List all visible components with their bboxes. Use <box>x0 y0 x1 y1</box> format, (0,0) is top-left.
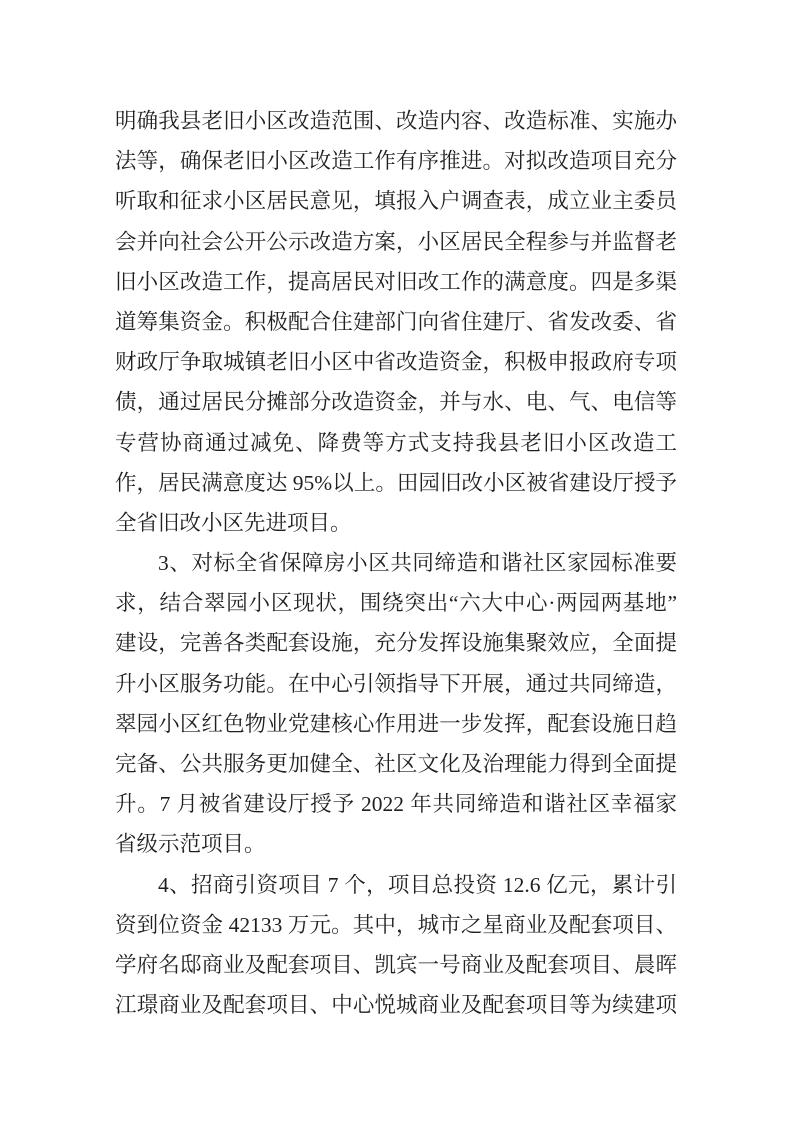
text-line: 建设，完善各类配套设施，充分发挥设施集聚效应，全面提 <box>115 623 677 663</box>
text-line: 明确我县老旧小区改造范围、改造内容、改造标准、实施办 <box>115 101 677 141</box>
text-line: 资到位资金 42133 万元。其中，城市之星商业及配套项目、 <box>115 905 677 945</box>
text-line: 旧小区改造工作，提高居民对旧改工作的满意度。四是多渠 <box>115 262 677 302</box>
paragraph: 3、对标全省保障房小区共同缔造和谐社区家园标准要求，结合翠园小区现状，围绕突出“… <box>115 543 677 865</box>
text-line: 全省旧改小区先进项目。 <box>115 503 677 543</box>
text-line: 3、对标全省保障房小区共同缔造和谐社区家园标准要 <box>115 543 677 583</box>
text-line: 江璟商业及配套项目、中心悦城商业及配套项目等为续建项 <box>115 985 677 1025</box>
text-line: 翠园小区红色物业党建核心作用进一步发挥，配套设施日趋 <box>115 704 677 744</box>
text-line: 完备、公共服务更加健全、社区文化及治理能力得到全面提 <box>115 744 677 784</box>
text-line: 法等，确保老旧小区改造工作有序推进。对拟改造项目充分 <box>115 141 677 181</box>
text-line: 债，通过居民分摊部分改造资金，并与水、电、气、电信等 <box>115 382 677 422</box>
text-line: 升。7 月被省建设厅授予 2022 年共同缔造和谐社区幸福家园 <box>115 784 677 824</box>
text-line: 专营协商通过减免、降费等方式支持我县老旧小区改造工 <box>115 423 677 463</box>
text-line: 求，结合翠园小区现状，围绕突出“六大中心·两园两基地” <box>115 583 677 623</box>
text-line: 升小区服务功能。在中心引领指导下开展，通过共同缔造， <box>115 664 677 704</box>
text-line: 省级示范项目。 <box>115 824 677 864</box>
text-line: 学府名邸商业及配套项目、凯宾一号商业及配套项目、晨晖 <box>115 945 677 985</box>
text-line: 道筹集资金。积极配合住建部门向省住建厅、省发改委、省 <box>115 302 677 342</box>
text-line: 听取和征求小区居民意见，填报入户调查表，成立业主委员 <box>115 181 677 221</box>
text-line: 4、招商引资项目 7 个，项目总投资 12.6 亿元，累计引 <box>115 865 677 905</box>
paragraph: 明确我县老旧小区改造范围、改造内容、改造标准、实施办法等，确保老旧小区改造工作有… <box>115 101 677 543</box>
paragraph: 4、招商引资项目 7 个，项目总投资 12.6 亿元，累计引资到位资金 4213… <box>115 865 677 1026</box>
document-body-text: 明确我县老旧小区改造范围、改造内容、改造标准、实施办法等，确保老旧小区改造工作有… <box>115 101 677 1025</box>
text-line: 会并向社会公开公示改造方案，小区居民全程参与并监督老 <box>115 222 677 262</box>
text-line: 作，居民满意度达 95%以上。田园旧改小区被省建设厅授予 <box>115 463 677 503</box>
document-page: 明确我县老旧小区改造范围、改造内容、改造标准、实施办法等，确保老旧小区改造工作有… <box>0 0 793 1122</box>
text-line: 财政厅争取城镇老旧小区中省改造资金，积极申报政府专项 <box>115 342 677 382</box>
